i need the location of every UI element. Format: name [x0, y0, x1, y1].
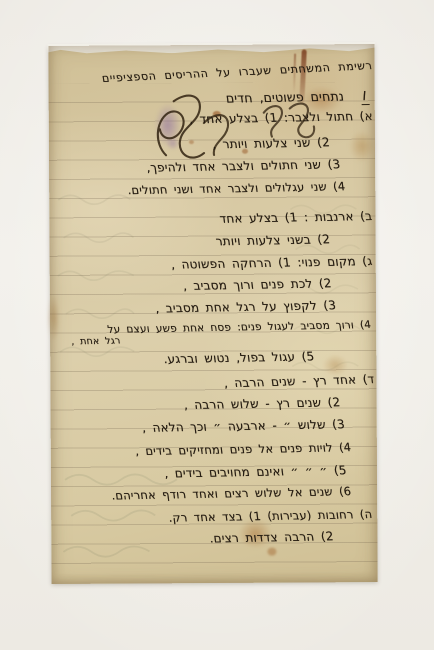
handwritten-line: 5) ״ ״ ״ ואינם מחויבים בידים , — [164, 463, 348, 480]
handwritten-section-heading: I נתחים פשוטים, חדים — [225, 88, 370, 108]
ink-blot-purple — [166, 137, 180, 150]
handwritten-line: ב) ארנבות : 1) בצלע אחד — [219, 209, 373, 226]
handwritten-line: 2) שני צלעות ויותר , — [211, 135, 330, 151]
handwritten-line: 2) שנים רץ - שלוש הרבה , — [183, 395, 341, 412]
handwritten-line: 4) ורוך מסביב לעגול פנים: פסח אחת פשע וע… — [107, 319, 372, 336]
handwritten-line: 3) לקפוץ על רגל אחת מסביב , — [154, 298, 337, 315]
handwritten-line: ד) אחד רץ - שנים הרבה , — [223, 372, 375, 390]
ink-blot-purple — [155, 103, 181, 147]
stain — [47, 294, 60, 342]
photo-background: רשימת המשחתים שעברו על ההריסים הספציפיים… — [0, 0, 434, 650]
stain — [349, 130, 375, 162]
handwritten-line: 6) שנים אל שלוש רצים ואחד רודף אחריהם. — [110, 484, 351, 502]
handwritten-line: 4) שני עגלולים ולצבר אחד ושני חתולים. — [127, 179, 346, 197]
torn-top-edge — [47, 42, 375, 54]
section-numeral: I — [360, 88, 370, 105]
handwritten-line: ה) רחובות (עבירות) 1) בצד אחד רק. — [168, 507, 373, 525]
handwritten-line-small: רגל אחת , — [70, 336, 121, 348]
handwritten-line: 5) עגול בפול, נטוש וברגע. — [163, 349, 316, 366]
handwritten-line: 4) לויות פנים אל פנים ומחזיקים בידים , — [134, 440, 352, 458]
manuscript-paper: רשימת המשחתים שעברו על ההריסים הספציפיים… — [48, 44, 377, 584]
handwritten-line: 2) לכת פנים ורוך מסביב , — [182, 276, 332, 293]
section-heading-text: נתחים פשוטים, חדים — [225, 89, 345, 106]
stain-dot — [189, 140, 194, 144]
handwritten-line: 3) שלוש ״ - ארבעה ״ וכך הלאה , — [141, 417, 346, 435]
stain-dot — [267, 548, 276, 556]
handwritten-line: ג) מקום פנוי: 1) הרחקה הפשוטה , — [171, 254, 374, 272]
handwritten-title: רשימת המשחתים שעברו על ההריסים הספציפיים — [101, 59, 373, 85]
handwritten-line: 3) שני חתולים ולצבר אחד ולהיפך, — [145, 157, 341, 175]
handwritten-line: א) חתול ולצבר: 1) בצלע אחד , — [188, 109, 373, 126]
handwritten-line: 2) בשני צלעות ויותר — [214, 232, 330, 248]
handwritten-line: 2) הרבה צדדות רצים. — [208, 529, 334, 545]
